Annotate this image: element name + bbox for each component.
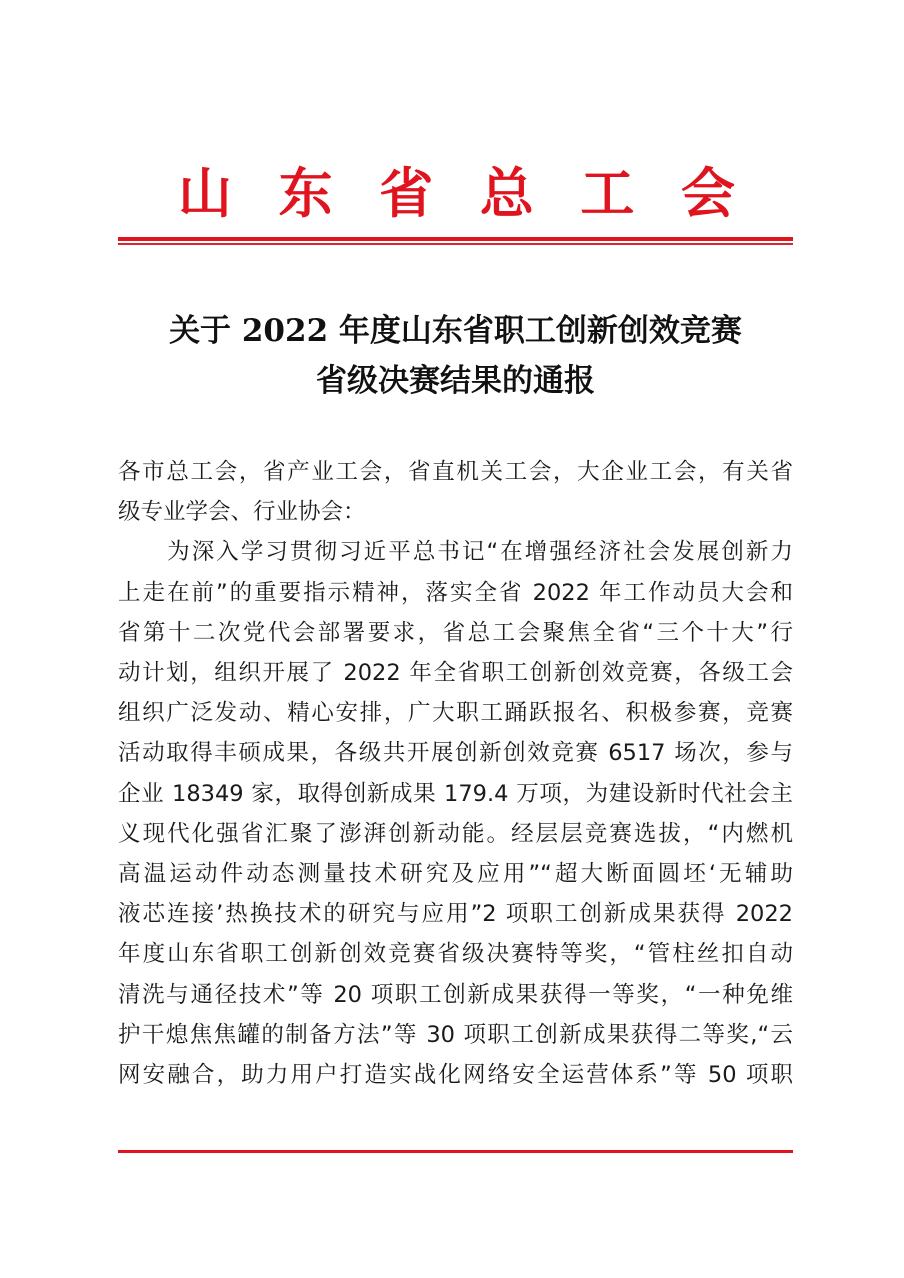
masthead-char: 工 xyxy=(580,163,634,223)
masthead-char: 山 xyxy=(178,163,232,223)
body-line: 年度山东省职工创新创效竞赛省级决赛特等奖，“管柱丝扣自动 xyxy=(118,934,793,974)
header-rule-thin xyxy=(118,243,793,245)
document-page: 山 东 省 总 工 会 关于 2022 年度山东省职工创新创效竞赛 省级决赛结果… xyxy=(0,0,904,1278)
title-line-1: 关于 2022 年度山东省职工创新创效竞赛 xyxy=(118,306,793,356)
body-line: 上走在前”的重要指示精神，落实全省 2022 年工作动员大会和 xyxy=(118,573,793,613)
document-body: 各市总工会，省产业工会，省直机关工会，大企业工会，有关省 级专业学会、行业协会：… xyxy=(118,452,798,1095)
masthead-char: 省 xyxy=(379,163,433,223)
body-line-addressee: 各市总工会，省产业工会，省直机关工会，大企业工会，有关省 xyxy=(118,452,793,492)
body-line: 清洗与通径技术”等 20 项职工创新成果获得一等奖，“一种免维 xyxy=(118,975,793,1015)
footer-rule xyxy=(118,1150,793,1153)
document-title: 关于 2022 年度山东省职工创新创效竞赛 省级决赛结果的通报 xyxy=(118,306,793,406)
body-line: 动计划，组织开展了 2022 年全省职工创新创效竞赛，各级工会 xyxy=(118,653,793,693)
body-line: 企业 18349 家，取得创新成果 179.4 万项，为建设新时代社会主 xyxy=(118,774,793,814)
body-line: 高温运动件动态测量技术研究及应用”“超大断面圆坯‘无辅助 xyxy=(118,854,793,894)
title-line-2: 省级决赛结果的通报 xyxy=(118,356,793,406)
body-line: 省第十二次党代会部署要求，省总工会聚焦全省“三个十大”行 xyxy=(118,613,793,653)
masthead-char: 东 xyxy=(279,163,333,223)
masthead-org-name: 山 东 省 总 工 会 xyxy=(118,163,793,223)
body-line: 网安融合，助力用户打造实战化网络安全运营体系”等 50 项职 xyxy=(118,1055,793,1095)
masthead-char: 会 xyxy=(681,163,735,223)
header-rule-thick xyxy=(118,237,793,241)
body-line: 活动取得丰硕成果，各级共开展创新创效竞赛 6517 场次，参与 xyxy=(118,733,793,773)
body-line: 液芯连接’热换技术的研究与应用”2 项职工创新成果获得 2022 xyxy=(118,894,793,934)
masthead-char: 总 xyxy=(480,163,534,223)
body-line: 组织广泛发动、精心安排，广大职工踊跃报名、积极参赛，竞赛 xyxy=(118,693,793,733)
body-line: 为深入学习贯彻习近平总书记“在增强经济社会发展创新力 xyxy=(118,532,793,572)
body-line-addressee: 级专业学会、行业协会： xyxy=(118,492,793,532)
body-line: 义现代化强省汇聚了澎湃创新动能。经层层竞赛选拔，“内燃机 xyxy=(118,814,793,854)
body-line: 护干熄焦焦罐的制备方法”等 30 项职工创新成果获得二等奖,“云 xyxy=(118,1015,793,1055)
